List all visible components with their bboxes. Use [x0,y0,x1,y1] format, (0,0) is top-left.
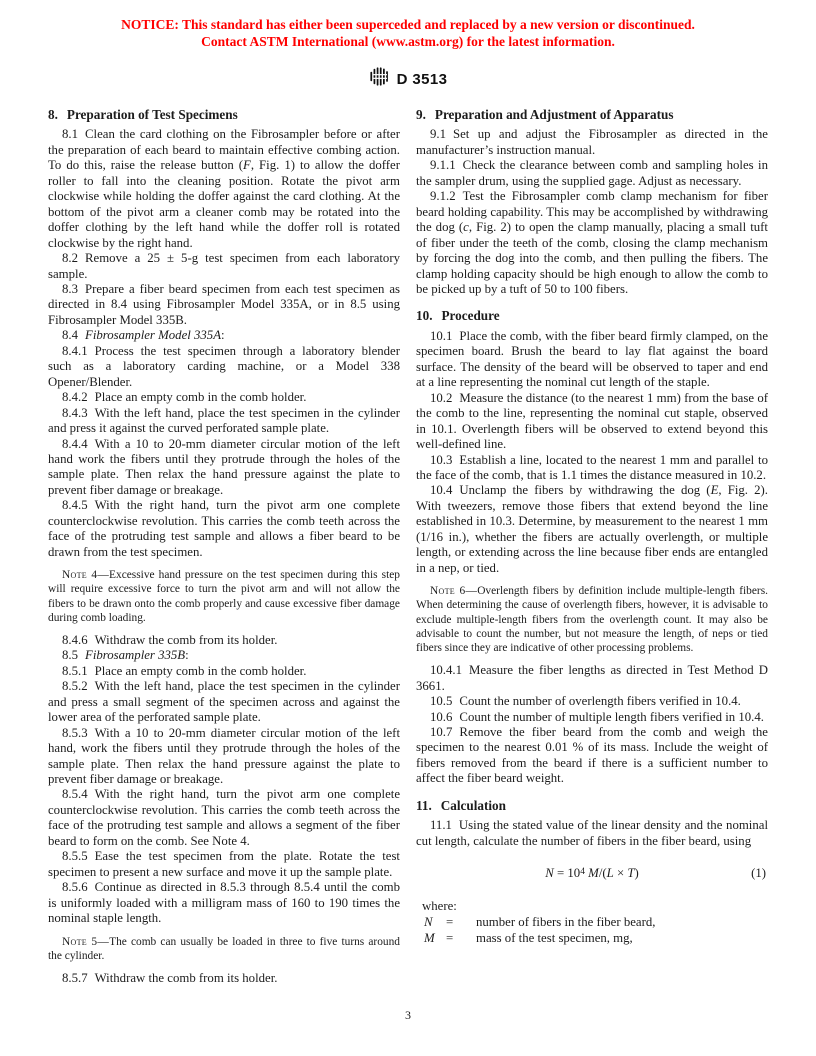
document-header: D 3513 [0,66,816,92]
paragraph-number: 8.3 [62,282,78,296]
paragraph-number: 8.5.2 [62,679,88,693]
note: Note 4—Excessive hand pressure on the te… [48,568,400,625]
where-row: N=number of fibers in the fiber beard, [416,915,768,930]
paragraph: 10.5Count the number of overlength fiber… [416,694,768,709]
paragraph-number: 10.6 [430,710,452,724]
paragraph: 8.5.6Continue as directed in 8.5.3 throu… [48,880,400,926]
paragraph-number: 10.3 [430,453,452,467]
text-segment: With the left hand, place the test speci… [48,406,400,435]
where-intro: where: [422,899,768,914]
equation-number: (1) [751,866,766,881]
paragraph: 8.1Clean the card clothing on the Fibros… [48,127,400,251]
text-segment: Remove a 25 ± 5-g test specimen from eac… [48,251,400,280]
paragraph-number: 8.4.5 [62,498,88,512]
text-segment: Unclamp the fibers by withdrawing the do… [459,483,710,497]
paragraph: 10.4.1Measure the fiber lengths as direc… [416,663,768,694]
text-segment: Place an empty comb in the comb holder. [95,664,307,678]
text-segment: Count the number of multiple length fibe… [459,710,764,724]
paragraph: 10.4Unclamp the fibers by withdrawing th… [416,483,768,576]
paragraph: 8.4.1Process the test specimen through a… [48,344,400,390]
equation-segment: 4 [580,867,585,877]
paragraph-number: 8.5 [62,648,78,662]
section-number: 10. [416,308,432,323]
text-segment: , Fig. 2) to open the clamp manually, pl… [416,220,768,296]
notice-line-1: NOTICE: This standard has either been su… [0,16,816,33]
paragraph-number: 8.5.3 [62,726,88,740]
paragraph-number: 10.4.1 [430,663,462,677]
note: Note 6—Overlength fibers by definition i… [416,584,768,655]
text-segment: With the right hand, turn the pivot arm … [48,498,400,558]
text-segment: Ease the test specimen from the plate. R… [48,849,400,878]
text-segment: Prepare a fiber beard specimen from each… [48,282,400,327]
section-title: Preparation of Test Specimens [67,107,238,122]
section-heading: 10.Procedure [416,308,768,323]
paragraph-number: 8.2 [62,251,78,265]
paragraph: 9.1.1Check the clearance between comb an… [416,158,768,189]
paragraph-number: 10.1 [430,329,452,343]
equation-segment: ) [635,866,639,880]
paragraph: 8.2Remove a 25 ± 5-g test specimen from … [48,251,400,282]
paragraph-number: 11.1 [430,818,452,832]
where-row: M=mass of the test specimen, mg, [416,931,768,946]
paragraph: 10.3Establish a line, located to the nea… [416,453,768,484]
equation-segment: N [545,866,554,880]
paragraph: 8.4.5With the right hand, turn the pivot… [48,498,400,560]
paragraph-number: 10.5 [430,694,452,708]
where-equals: = [446,931,476,946]
note-label: Note 4— [62,569,109,581]
two-column-body: 8.Preparation of Test Specimens8.1Clean … [0,92,816,986]
paragraph: 10.6Count the number of multiple length … [416,710,768,725]
paragraph: 10.7Remove the fiber beard from the comb… [416,725,768,787]
section-title: Calculation [441,798,506,813]
text-segment: Establish a line, located to the nearest… [416,453,768,482]
paragraph-number: 10.4 [430,483,452,497]
text-segment: With a 10 to 20-mm diameter circular mot… [48,726,400,786]
text-segment: : [221,328,225,342]
paragraph: 8.5Fibrosampler 335B: [48,648,400,663]
where-symbol: M [416,931,446,946]
note-label: Note 5— [62,936,109,948]
paragraph: 8.5.1Place an empty comb in the comb hol… [48,664,400,679]
paragraph-number: 8.4.2 [62,390,88,404]
text-segment: Continue as directed in 8.5.3 through 8.… [48,880,400,925]
paragraph: 8.4.2Place an empty comb in the comb hol… [48,390,400,405]
paragraph: 8.4Fibrosampler Model 335A: [48,328,400,343]
paragraph-number: 8.4 [62,328,78,342]
equation-body: N = 104 M/(L × T) [545,866,639,880]
paragraph-number: 9.1.2 [430,189,456,203]
where-equals: = [446,915,476,930]
where-block: where:N=number of fibers in the fiber be… [416,899,768,946]
column-right: 9.Preparation and Adjustment of Apparatu… [416,107,768,986]
section-number: 9. [416,107,426,122]
section-number: 11. [416,798,432,813]
paragraph-number: 9.1 [430,127,446,141]
paragraph: 11.1Using the stated value of the linear… [416,818,768,849]
text-segment: Place the comb, with the fiber beard fir… [416,329,768,389]
paragraph-number: 8.5.6 [62,880,88,894]
text-segment: Check the clearance between comb and sam… [416,158,768,187]
text-segment: Count the number of overlength fibers ve… [459,694,740,708]
paragraph-number: 8.4.3 [62,406,88,420]
text-segment: With a 10 to 20-mm diameter circular mot… [48,437,400,497]
paragraph: 8.5.7Withdraw the comb from its holder. [48,971,400,986]
text-segment: Measure the fiber lengths as directed in… [416,663,768,692]
text-segment: Withdraw the comb from its holder. [95,971,278,985]
text-segment: : [185,648,189,662]
paragraph-number: 8.4.1 [62,344,88,358]
column-left: 8.Preparation of Test Specimens8.1Clean … [48,107,400,986]
paragraph: 9.1.2Test the Fibrosampler comb clamp me… [416,189,768,297]
standard-designation: D 3513 [397,71,448,88]
paragraph: 8.3Prepare a fiber beard specimen from e… [48,282,400,328]
paragraph: 8.4.6Withdraw the comb from its holder. [48,633,400,648]
paragraph: 8.5.5Ease the test specimen from the pla… [48,849,400,880]
paragraph: 10.1Place the comb, with the fiber beard… [416,329,768,391]
equation-segment: = 10 [554,866,580,880]
paragraph-number: 8.4.4 [62,437,88,451]
section-title: Procedure [441,308,499,323]
paragraph-number: 10.2 [430,391,452,405]
paragraph-number: 10.7 [430,725,452,739]
section-title: Preparation and Adjustment of Apparatus [435,107,674,122]
paragraph-number: 8.5.4 [62,787,88,801]
equation: N = 104 M/(L × T)(1) [416,866,768,883]
paragraph-number: 8.5.1 [62,664,88,678]
equation-segment: T [627,866,634,880]
text-segment: Fibrosampler 335B [85,648,185,662]
text-segment: Set up and adjust the Fibrosampler as di… [416,127,768,156]
paragraph-number: 8.4.6 [62,633,88,647]
text-segment: Using the stated value of the linear den… [416,818,768,847]
paragraph-number: 8.5.7 [62,971,88,985]
note-label: Note 6— [430,585,477,597]
text-segment: Process the test specimen through a labo… [48,344,400,389]
supersession-notice: NOTICE: This standard has either been su… [0,0,816,50]
document-page: NOTICE: This standard has either been su… [0,0,816,1056]
equation-segment: × [614,866,628,880]
paragraph: 8.5.2With the left hand, place the test … [48,679,400,725]
text-segment: F [243,158,251,172]
equation-segment: L [607,866,614,880]
paragraph-number: 8.1 [62,127,78,141]
text-segment: Fibrosampler Model 335A [85,328,221,342]
section-heading: 8.Preparation of Test Specimens [48,107,400,122]
where-definition: mass of the test specimen, mg, [476,931,768,946]
notice-line-2: Contact ASTM International (www.astm.org… [0,33,816,50]
paragraph: 10.2Measure the distance (to the nearest… [416,391,768,453]
astm-logo-icon [369,66,390,92]
paragraph-number: 9.1.1 [430,158,456,172]
page-number: 3 [0,1008,816,1023]
text-segment: Withdraw the comb from its holder. [95,633,278,647]
paragraph: 9.1Set up and adjust the Fibrosampler as… [416,127,768,158]
paragraph: 8.4.4With a 10 to 20-mm diameter circula… [48,437,400,499]
paragraph: 8.5.4With the right hand, turn the pivot… [48,787,400,849]
note: Note 5—The comb can usually be loaded in… [48,935,400,963]
equation-segment: M [588,866,599,880]
paragraph: 8.5.3With a 10 to 20-mm diameter circula… [48,726,400,788]
section-heading: 11.Calculation [416,798,768,813]
where-symbol: N [416,915,446,930]
section-number: 8. [48,107,58,122]
text-segment: With the left hand, place the test speci… [48,679,400,724]
where-definition: number of fibers in the fiber beard, [476,915,768,930]
paragraph-number: 8.5.5 [62,849,88,863]
text-segment: Measure the distance (to the nearest 1 m… [416,391,768,451]
section-heading: 9.Preparation and Adjustment of Apparatu… [416,107,768,122]
paragraph: 8.4.3With the left hand, place the test … [48,406,400,437]
text-segment: Remove the fiber beard from the comb and… [416,725,768,785]
equation-segment: /( [599,866,607,880]
text-segment: Place an empty comb in the comb holder. [95,390,307,404]
text-segment: With the right hand, turn the pivot arm … [48,787,400,847]
